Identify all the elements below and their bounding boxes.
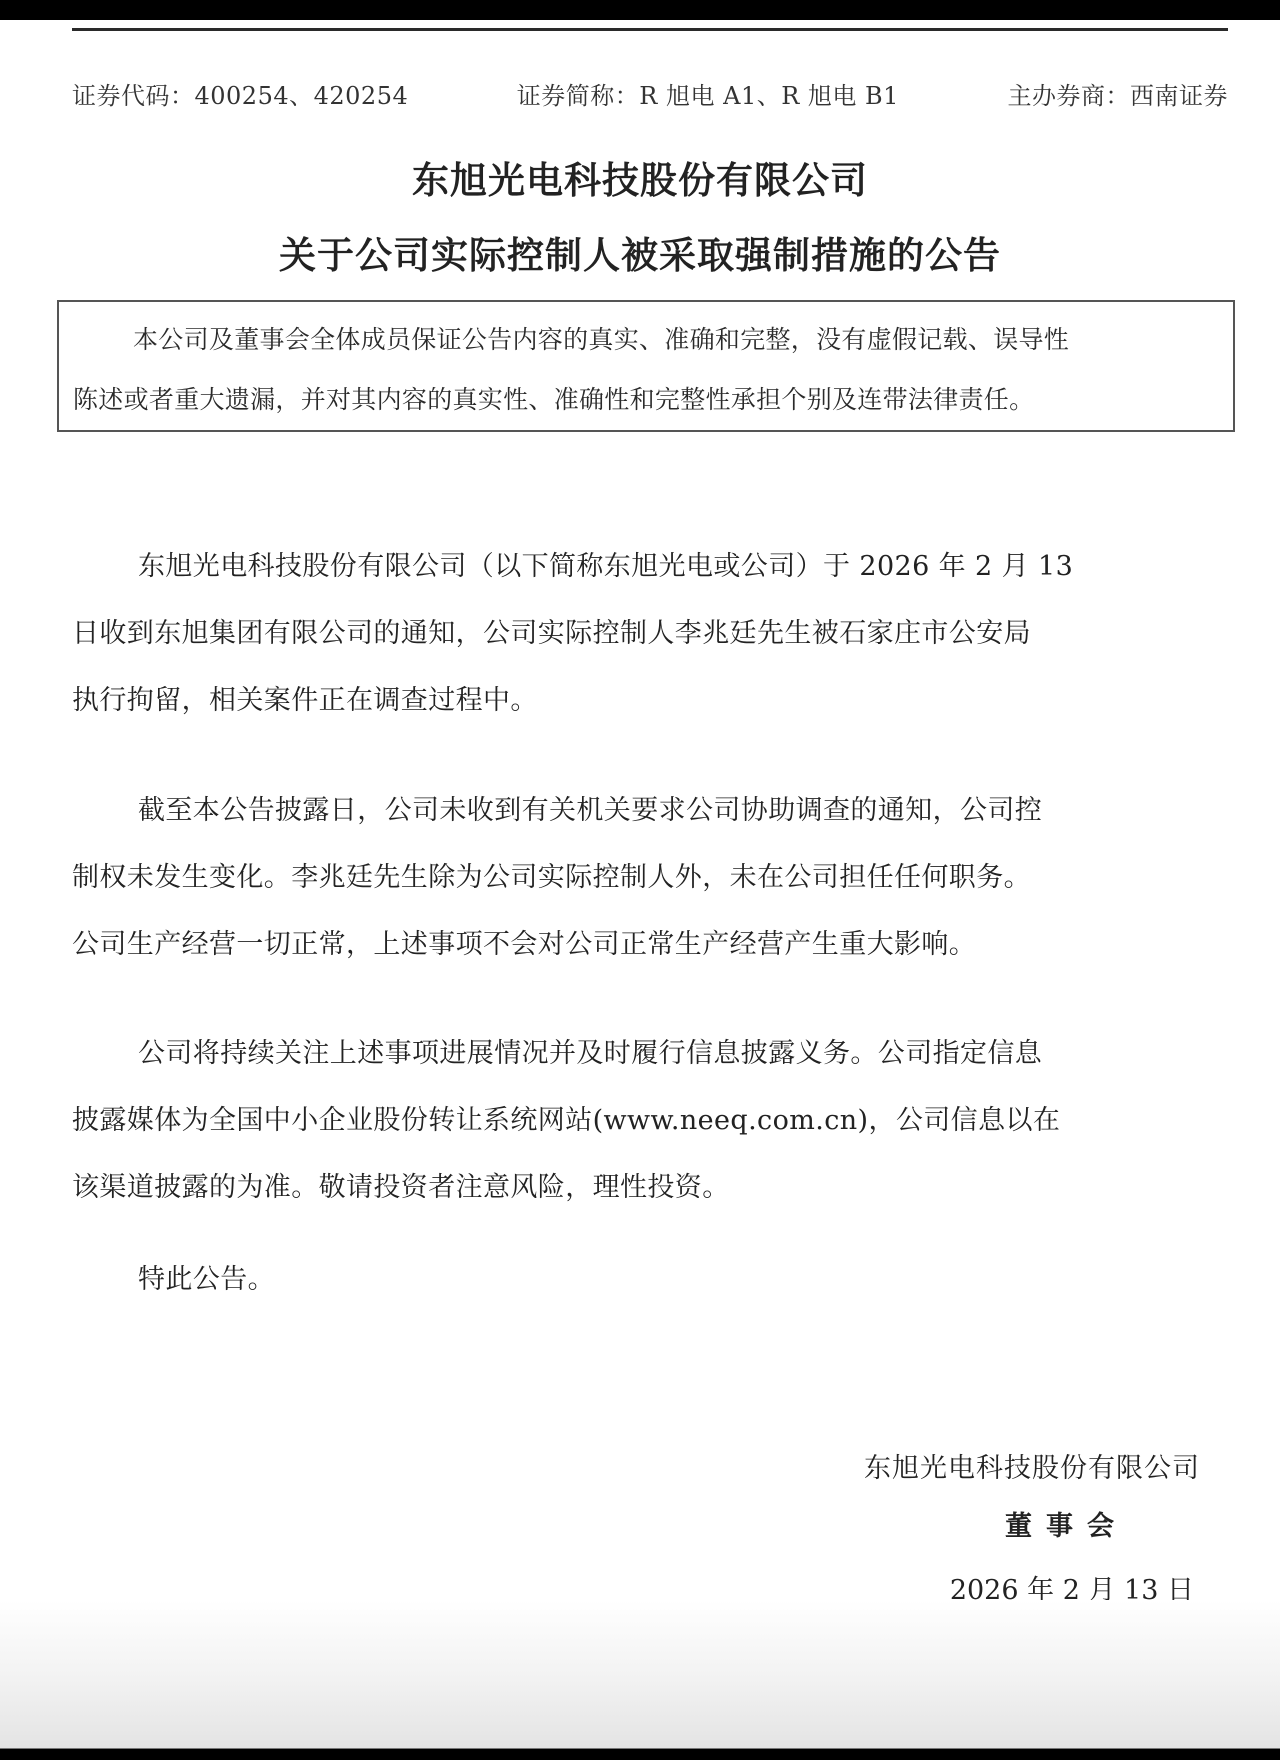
disclaimer-line: 本公司及董事会全体成员保证公告内容的真实、准确和完整，没有虚假记载、误导性 [133,320,1219,356]
paragraph-line: 披露媒体为全国中小企业股份转让系统网站(www.neeq.com.cn)，公司信… [72,1087,1228,1154]
body-paragraph: 东旭光电科技股份有限公司（以下简称东旭光电或公司）于 2026 年 2 月 13… [72,533,1228,734]
bottom-shadow [0,1600,1280,1748]
signature-board: 董事会 [1005,1504,1128,1543]
paragraph-line: 日收到东旭集团有限公司的通知，公司实际控制人李兆廷先生被石家庄市公安局 [72,600,1228,667]
body-paragraph: 公司将持续关注上述事项进展情况并及时履行信息披露义务。公司指定信息 披露媒体为全… [72,1020,1228,1221]
paragraph-line: 截至本公告披露日，公司未收到有关机关要求公司协助调查的通知，公司控 [72,777,1228,844]
bottom-black-bar [0,1748,1280,1760]
company-title: 东旭光电科技股份有限公司 [0,150,1280,204]
closing-paragraph: 特此公告。 [72,1246,1228,1313]
paragraph-line: 公司生产经营一切正常，上述事项不会对公司正常生产经营产生重大影响。 [72,911,1228,978]
sponsor-broker: 主办券商：西南证券 [1008,76,1229,112]
security-code: 证券代码：400254、420254 [72,76,408,112]
body-paragraph: 截至本公告披露日，公司未收到有关机关要求公司协助调查的通知，公司控 制权未发生变… [72,777,1228,978]
security-name: 证券简称：R 旭电 A1、R 旭电 B1 [517,76,899,112]
paragraph-line: 该渠道披露的为准。敬请投资者注意风险，理性投资。 [72,1154,1228,1221]
security-info-row: 证券代码：400254、420254 证券简称：R 旭电 A1、R 旭电 B1 … [72,76,1228,112]
paragraph-line: 制权未发生变化。李兆廷先生除为公司实际控制人外，未在公司担任任何职务。 [72,844,1228,911]
header-rule [72,28,1228,31]
paragraph-line: 东旭光电科技股份有限公司（以下简称东旭光电或公司）于 2026 年 2 月 13 [72,533,1228,600]
signature-company: 东旭光电科技股份有限公司 [864,1446,1200,1485]
disclaimer-box: 本公司及董事会全体成员保证公告内容的真实、准确和完整，没有虚假记载、误导性 陈述… [57,300,1235,432]
top-black-bar [0,0,1280,20]
paragraph-line: 执行拘留，相关案件正在调查过程中。 [72,667,1228,734]
paragraph-line: 公司将持续关注上述事项进展情况并及时履行信息披露义务。公司指定信息 [72,1020,1228,1087]
disclaimer-line: 陈述或者重大遗漏，并对其内容的真实性、准确性和完整性承担个别及连带法律责任。 [73,380,1219,416]
paragraph-line: 特此公告。 [72,1246,1228,1313]
announcement-title: 关于公司实际控制人被采取强制措施的公告 [0,225,1280,279]
